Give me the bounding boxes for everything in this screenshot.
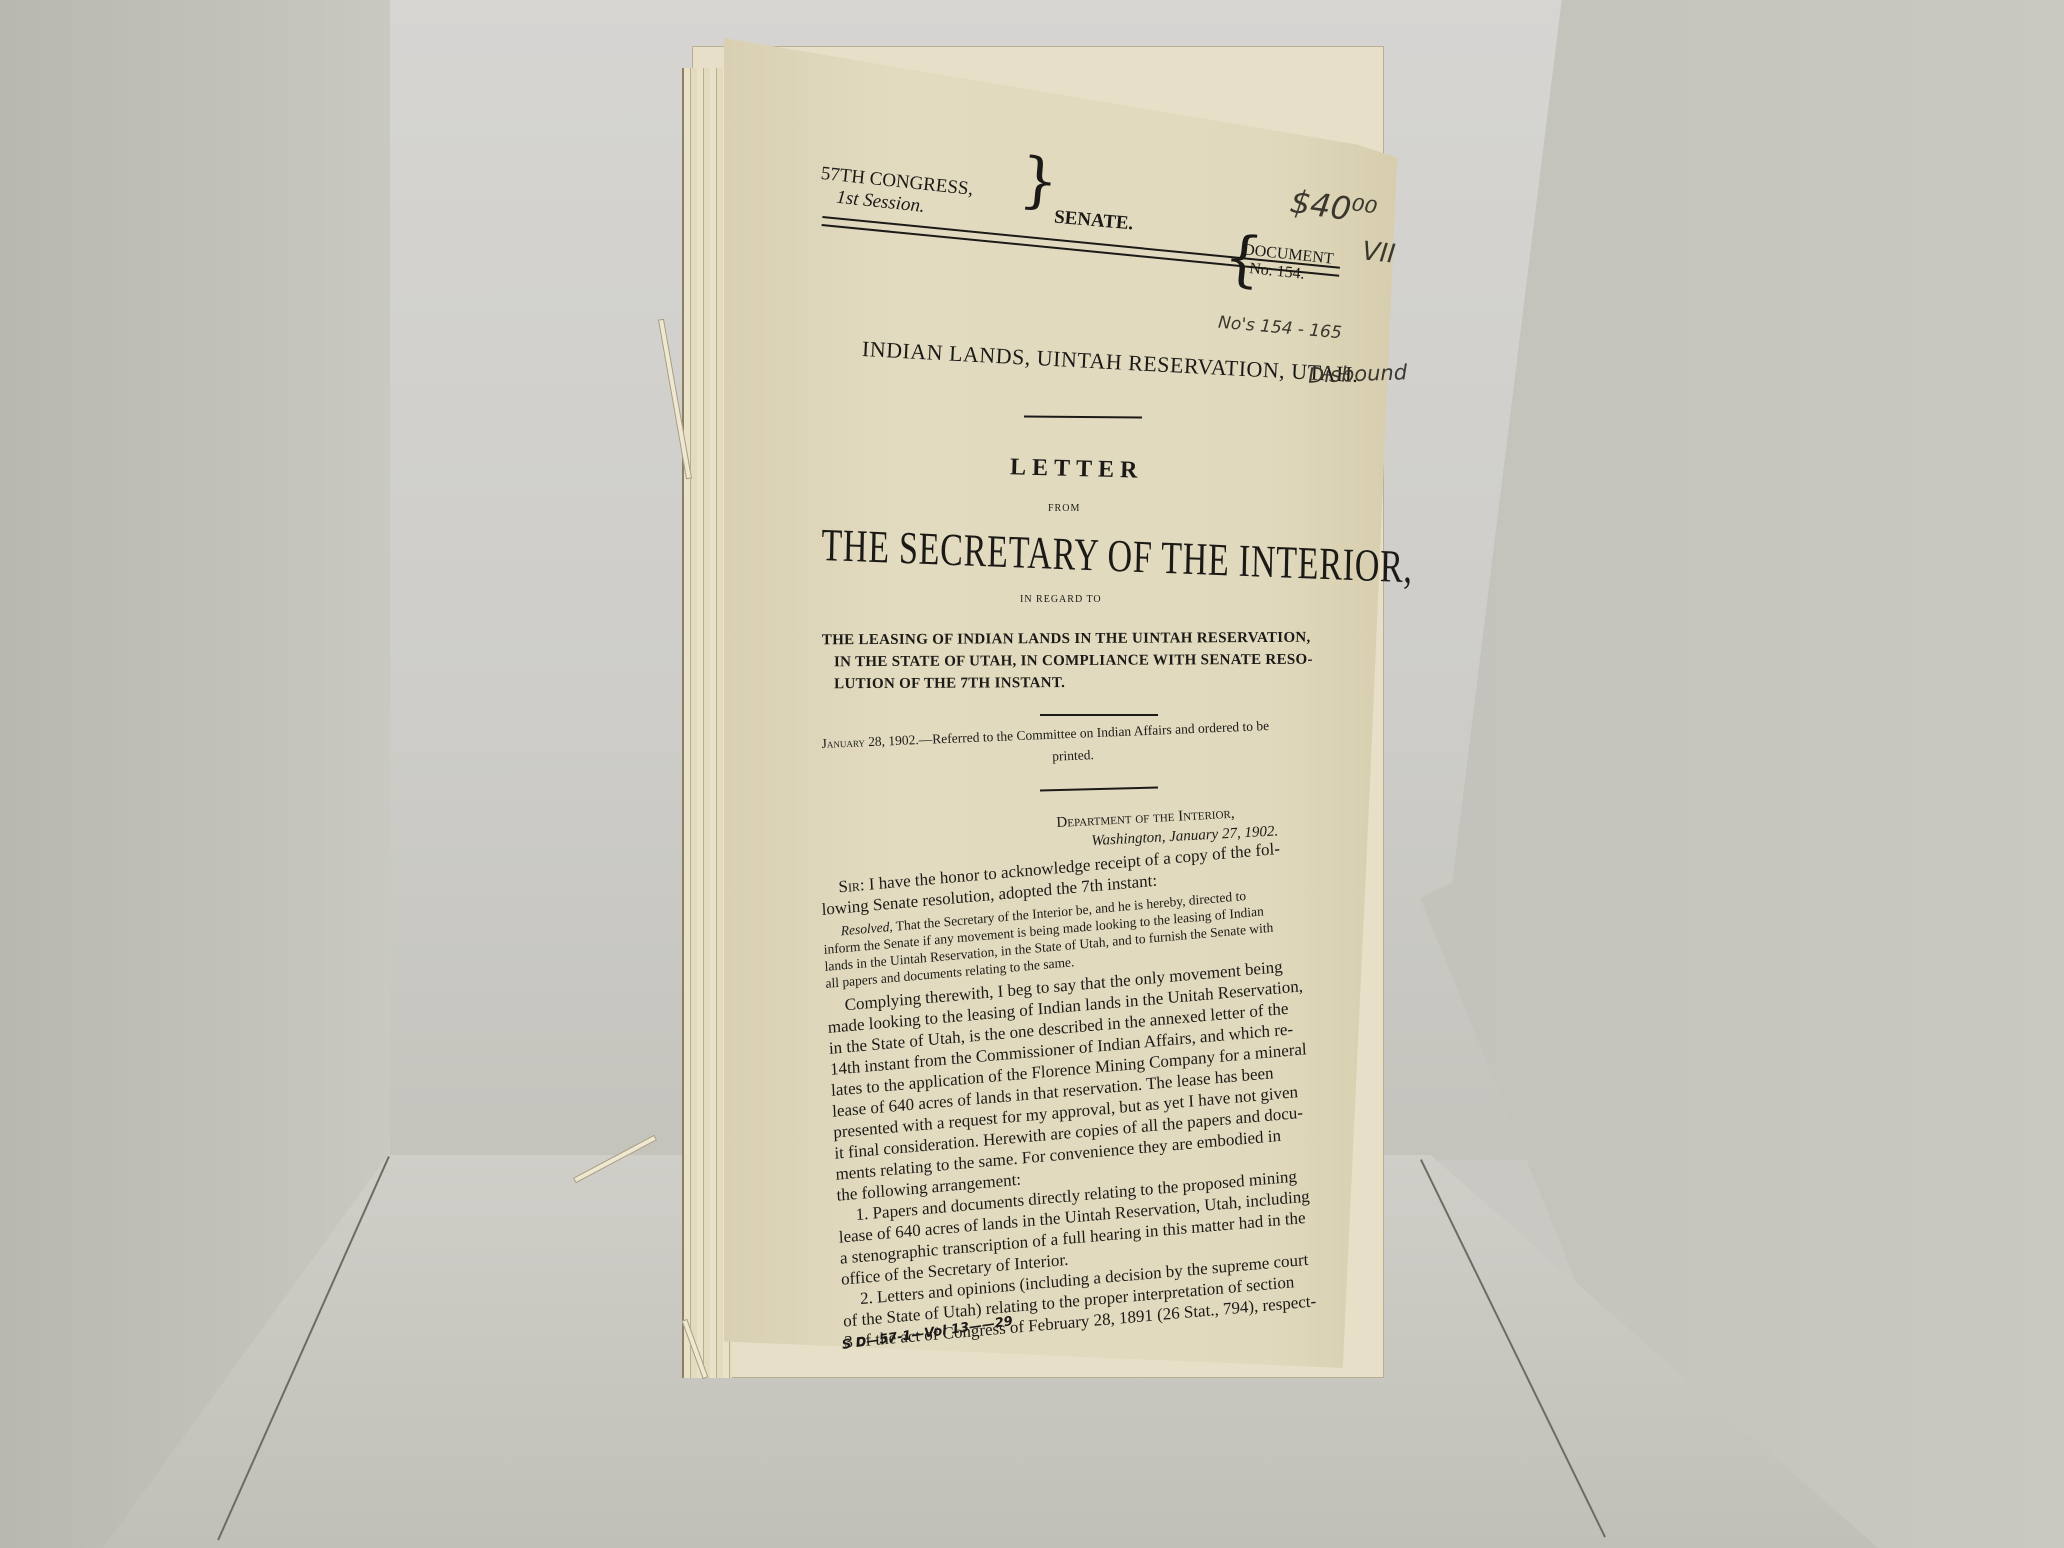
subject-line: LUTION OF THE 7TH INSTANT. [822, 671, 1313, 696]
letter-heading: LETTER [1010, 454, 1144, 484]
subject-line: IN THE STATE OF UTAH, IN COMPLIANCE WITH… [822, 649, 1313, 674]
salutation: Sir: [838, 875, 865, 896]
letter-body: Sir: I have the honor to acknowledge rec… [820, 836, 1320, 1352]
subject-line: THE LEASING OF INDIAN LANDS IN THE UINTA… [822, 627, 1313, 652]
in-regard-to-label: IN REGARD TO [1020, 594, 1102, 605]
referral-date: January 28, 1902. [821, 732, 919, 751]
document-stack: 57TH CONGRESS, 1st Session. } SENATE. { … [672, 28, 1392, 1378]
from-label: FROM [1048, 503, 1080, 514]
handwritten-volume: VII [1361, 236, 1397, 269]
handwritten-note: Disbound [1308, 360, 1408, 387]
subject-rule [1040, 714, 1158, 716]
subject-block: THE LEASING OF INDIAN LANDS IN THE UINTA… [822, 627, 1313, 696]
